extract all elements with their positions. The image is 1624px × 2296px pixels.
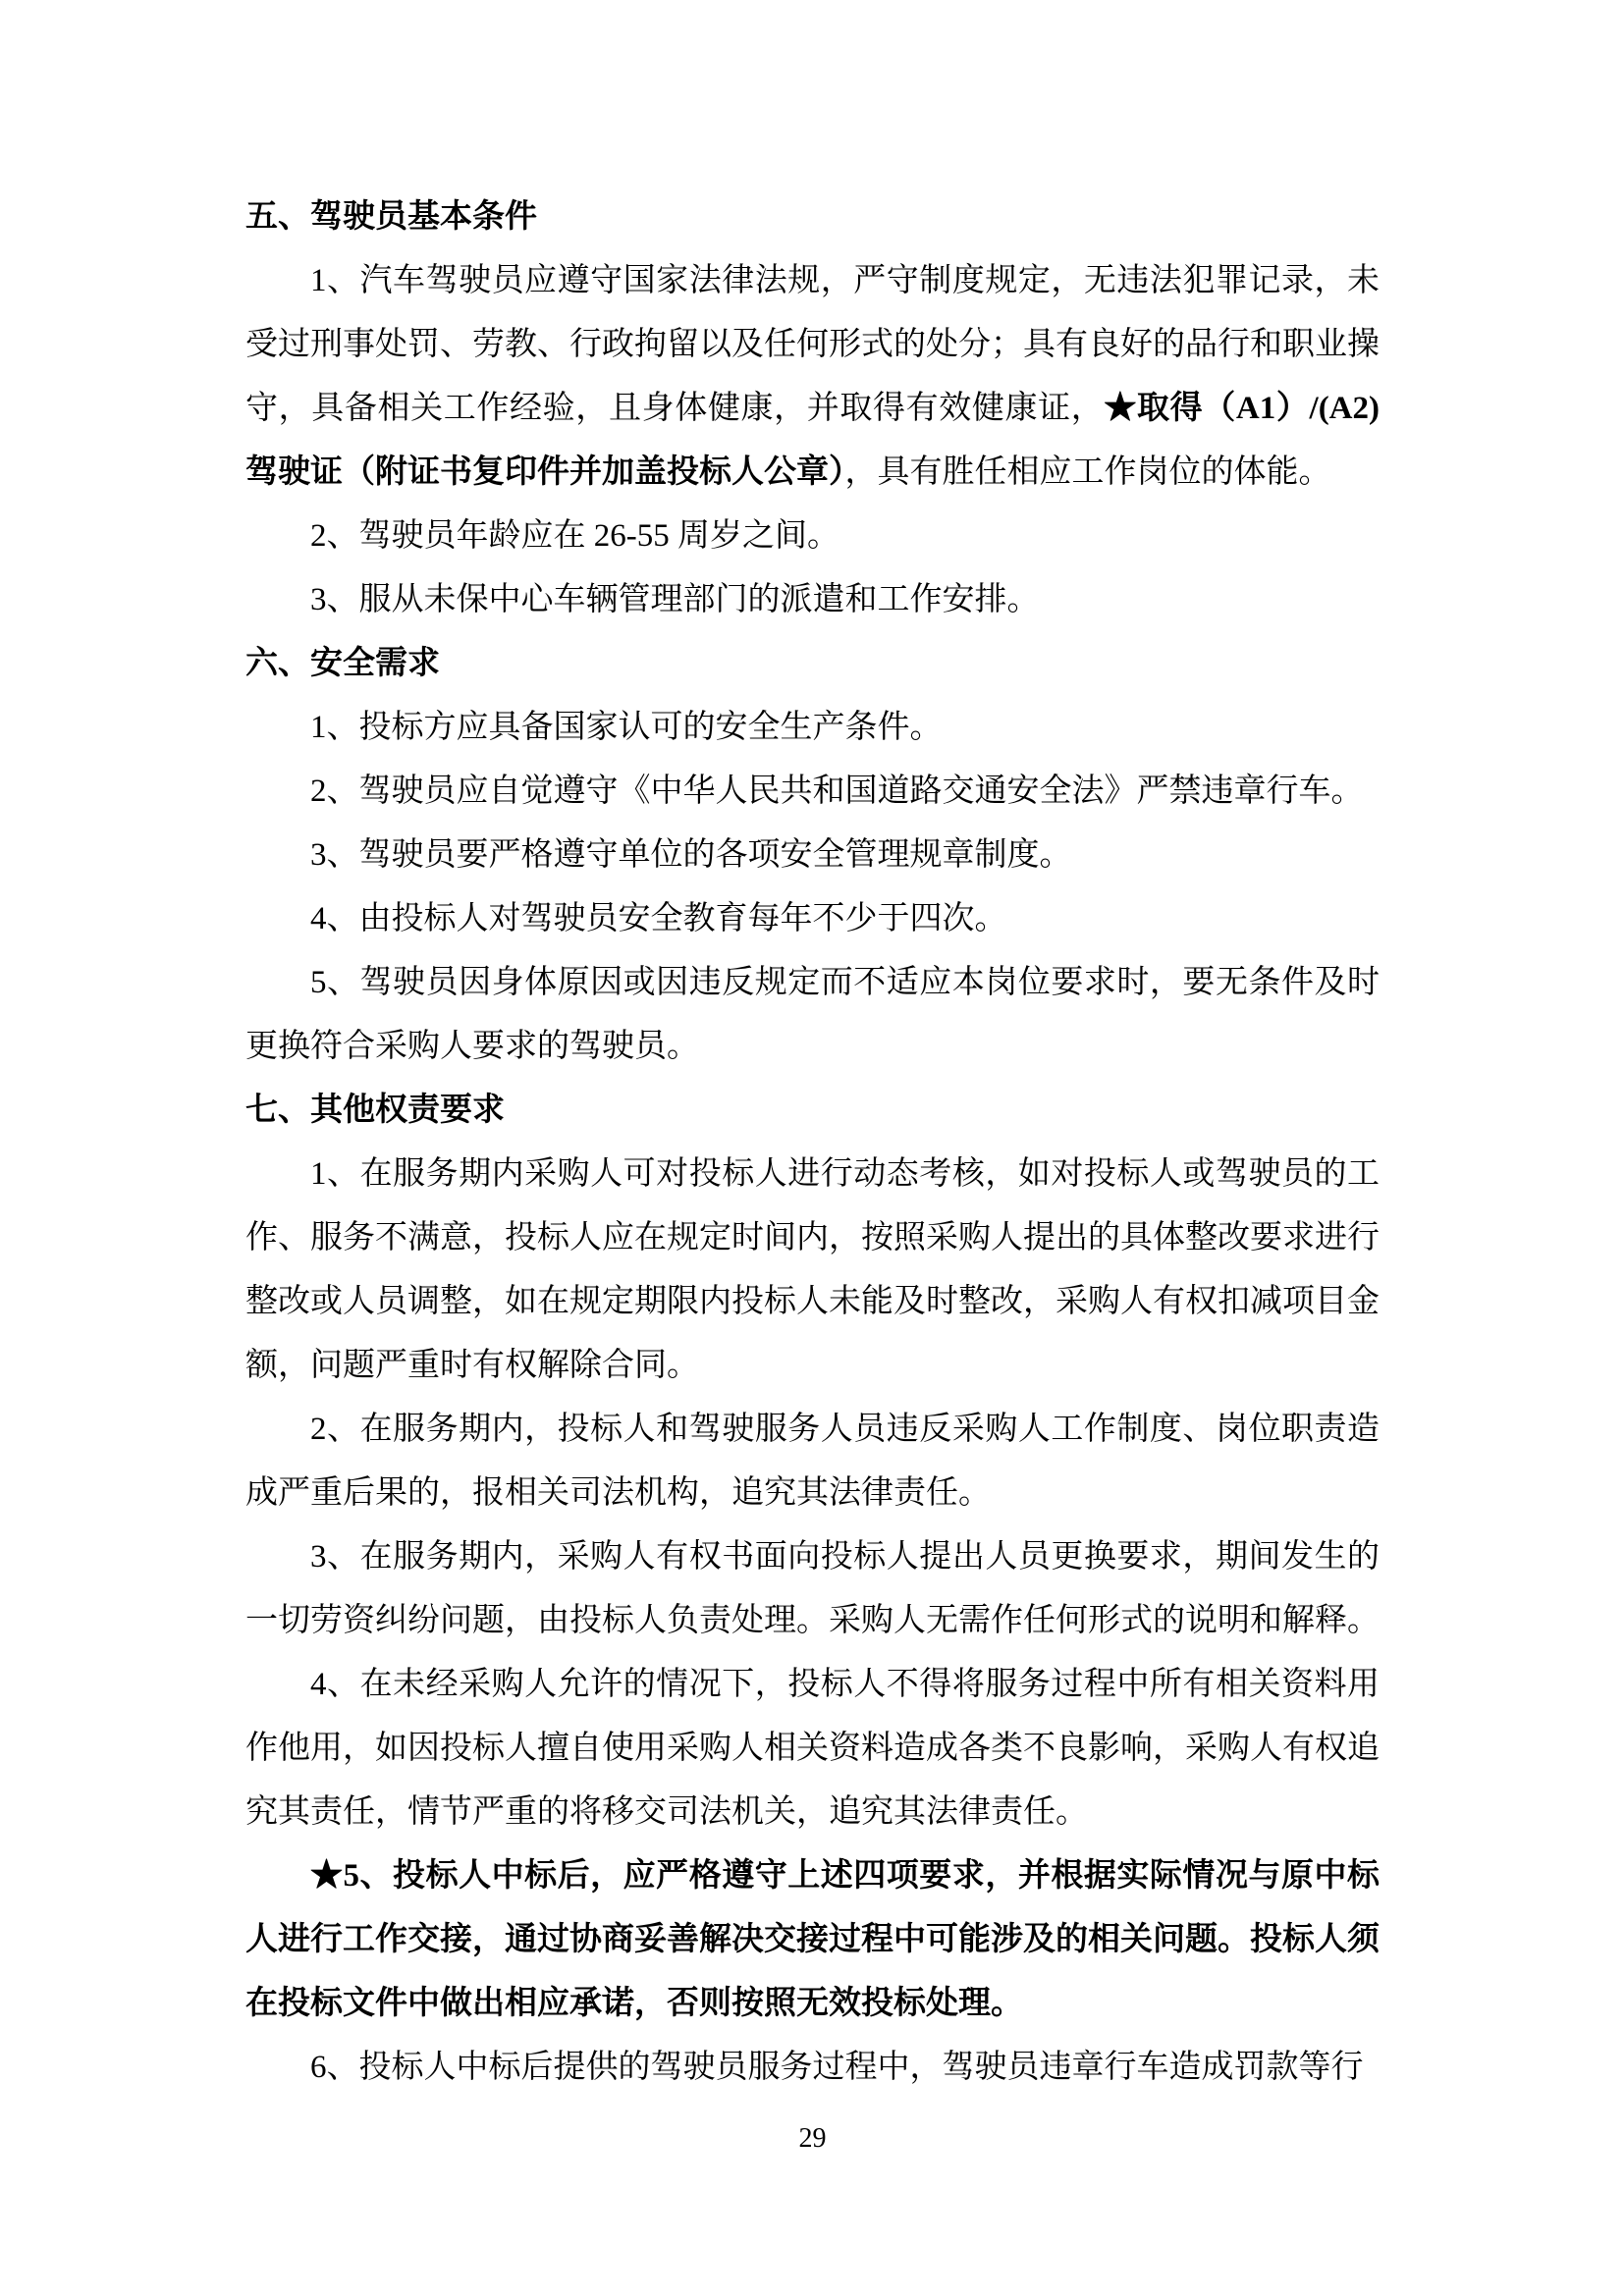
page-number: 29 — [245, 2119, 1380, 2159]
paragraph-5-3: 3、服从未保中心车辆管理部门的派遣和工作安排。 — [245, 568, 1380, 632]
paragraph-6-3: 3、驾驶员要严格遵守单位的各项安全管理规章制度。 — [245, 824, 1380, 887]
text-run: ，具有胜任相应工作岗位的体能。 — [845, 454, 1331, 490]
paragraph-6-5: 5、驾驶员因身体原因或因违反规定而不适应本岗位要求时，要无条件及时更换符合采购人… — [245, 951, 1380, 1079]
paragraph-6-4: 4、由投标人对驾驶员安全教育每年不少于四次。 — [245, 887, 1380, 951]
paragraph-7-5-starred: ★5、投标人中标后，应严格遵守上述四项要求，并根据实际情况与原中标人进行工作交接… — [245, 1844, 1380, 2036]
section-heading-5: 五、驾驶员基本条件 — [245, 186, 1380, 249]
paragraph-7-6: 6、投标人中标后提供的驾驶员服务过程中，驾驶员违章行车造成罚款等行 — [245, 2036, 1380, 2100]
document-page: 五、驾驶员基本条件 1、汽车驾驶员应遵守国家法律法规，严守制度规定，无违法犯罪记… — [0, 0, 1624, 2296]
section-heading-7: 七、其他权责要求 — [245, 1079, 1380, 1143]
section-heading-6: 六、安全需求 — [245, 632, 1380, 696]
paragraph-6-2: 2、驾驶员应自觉遵守《中华人民共和国道路交通安全法》严禁违章行车。 — [245, 760, 1380, 824]
paragraph-7-1: 1、在服务期内采购人可对投标人进行动态考核，如对投标人或驾驶员的工作、服务不满意… — [245, 1143, 1380, 1398]
paragraph-6-1: 1、投标方应具备国家认可的安全生产条件。 — [245, 696, 1380, 760]
paragraph-7-2: 2、在服务期内，投标人和驾驶服务人员违反采购人工作制度、岗位职责造成严重后果的，… — [245, 1398, 1380, 1525]
paragraph-7-3: 3、在服务期内，采购人有权书面向投标人提出人员更换要求，期间发生的一切劳资纠纷问… — [245, 1525, 1380, 1653]
paragraph-7-4: 4、在未经采购人允许的情况下，投标人不得将服务过程中所有相关资料用作他用，如因投… — [245, 1653, 1380, 1844]
paragraph-5-1: 1、汽车驾驶员应遵守国家法律法规，严守制度规定，无违法犯罪记录，未受过刑事处罚、… — [245, 249, 1380, 505]
paragraph-5-2: 2、驾驶员年龄应在 26-55 周岁之间。 — [245, 505, 1380, 568]
